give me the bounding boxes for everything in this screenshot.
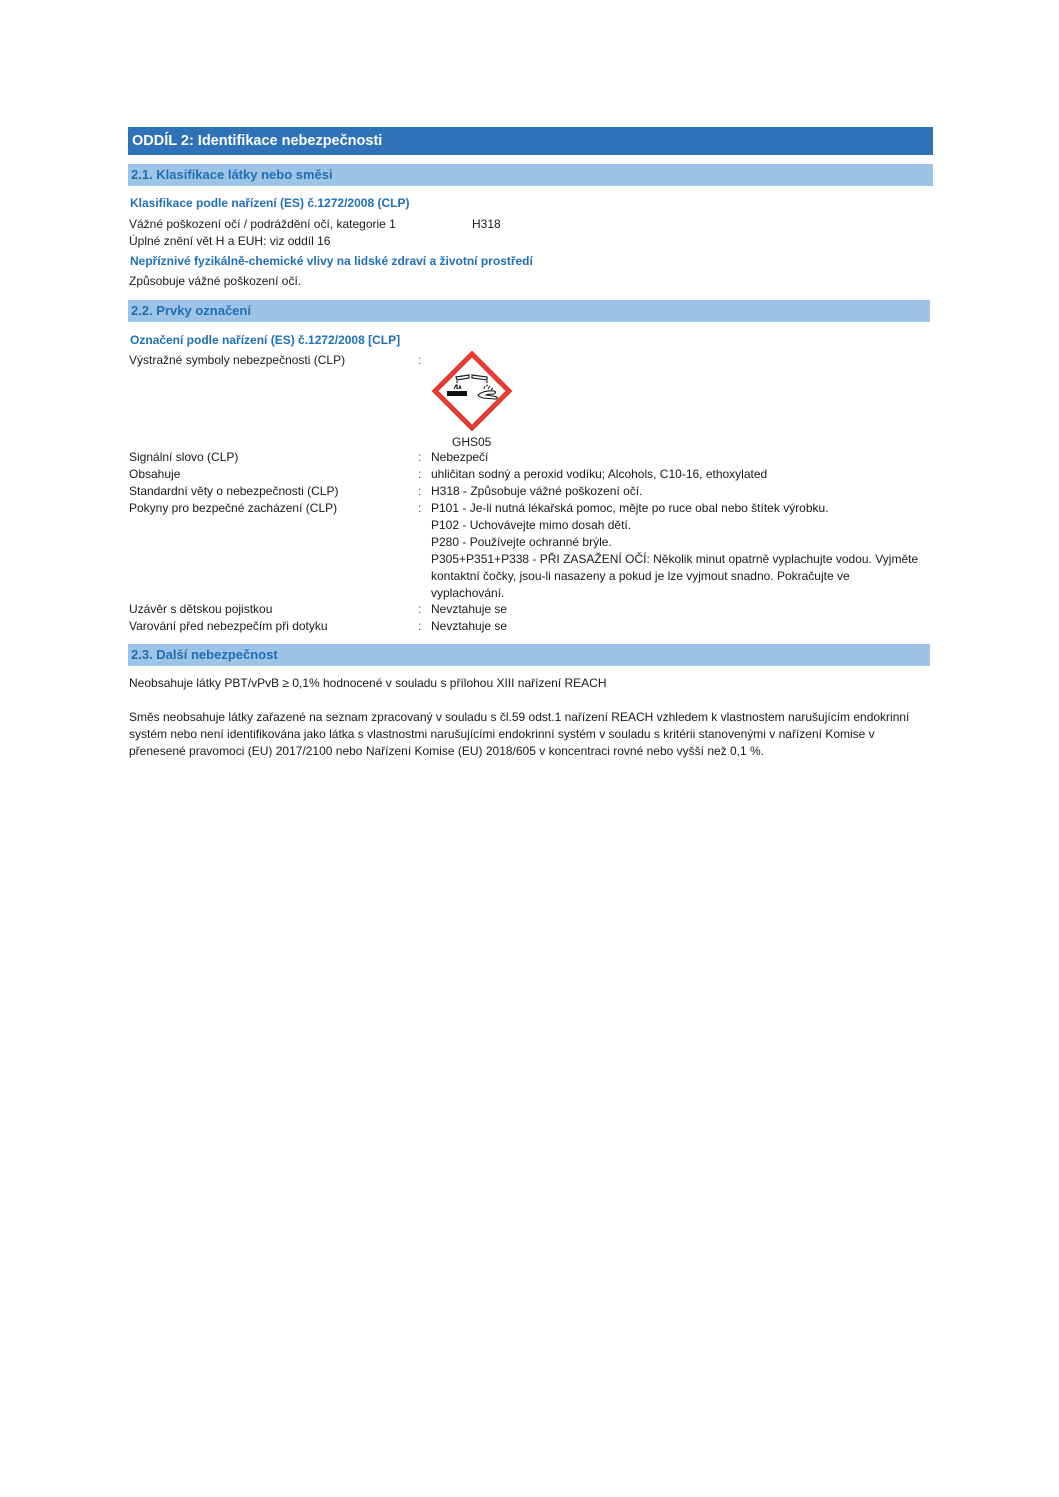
effects-text: Způsobuje vážné poškození očí. xyxy=(129,273,301,290)
precautionary-p280: P280 - Používejte ochranné brýle. xyxy=(431,534,612,551)
signal-word-label: Signální slovo (CLP) xyxy=(129,449,238,466)
precautionary-statements-label: Pokyny pro bezpečné zacházení (CLP) xyxy=(129,500,337,517)
endocrine-statement-line2: systém nebo není identifikována jako lát… xyxy=(129,726,875,743)
subsection-2-3-title: 2.3. Další nebezpečnost xyxy=(128,644,930,666)
classification-text: Vážné poškození očí / podráždění očí, ka… xyxy=(129,216,396,233)
subsection-2-2-title: 2.2. Prvky označení xyxy=(128,300,930,322)
colon-separator: : xyxy=(418,618,421,635)
colon-separator: : xyxy=(418,601,421,618)
corrosion-pictogram-icon xyxy=(432,351,512,431)
pictogram-label: Výstražné symboly nebezpečnosti (CLP) xyxy=(129,352,345,369)
colon-separator: : xyxy=(418,466,421,483)
child-resistant-label: Uzávěr s dětskou pojistkou xyxy=(129,601,272,618)
colon-separator: : xyxy=(418,483,421,500)
child-resistant-value: Nevztahuje se xyxy=(431,601,507,618)
hazard-code: H318 xyxy=(472,216,501,233)
precautionary-p102: P102 - Uchovávejte mimo dosah dětí. xyxy=(431,517,631,534)
hazard-statements-label: Standardní věty o nebezpečnosti (CLP) xyxy=(129,483,338,500)
tactile-warning-value: Nevztahuje se xyxy=(431,618,507,635)
colon-separator: : xyxy=(418,500,421,517)
full-text-note: Úplné znění vět H a EUH: viz oddíl 16 xyxy=(129,233,330,250)
precautionary-p305-line3: vyplachování. xyxy=(431,585,504,602)
endocrine-statement-line1: Směs neobsahuje látky zařazené na seznam… xyxy=(129,709,909,726)
signal-word-value: Nebezpečí xyxy=(431,449,488,466)
colon-separator: : xyxy=(418,352,421,369)
colon-separator: : xyxy=(418,449,421,466)
endocrine-statement-line3: přenesené pravomoci (EU) 2017/2100 nebo … xyxy=(129,743,764,760)
precautionary-p305-line2: kontaktní čočky, jsou-li nasazeny a poku… xyxy=(431,568,850,585)
label-elements-heading: Označení podle nařízení (ES) č.1272/2008… xyxy=(130,333,400,347)
pbt-statement: Neobsahuje látky PBT/vPvB ≥ 0,1% hodnoce… xyxy=(129,675,607,692)
precautionary-p101: P101 - Je-li nutná lékařská pomoc, mějte… xyxy=(431,500,829,517)
contains-value: uhličitan sodný a peroxid vodíku; Alcoho… xyxy=(431,466,767,483)
precautionary-p305-line1: P305+P351+P338 - PŘI ZASAŽENÍ OČÍ: Někol… xyxy=(431,551,918,568)
section-title: ODDÍL 2: Identifikace nebezpečnosti xyxy=(128,127,933,155)
subsection-2-1-title: 2.1. Klasifikace látky nebo směsi xyxy=(128,164,933,186)
hazard-statements-value: H318 - Způsobuje vážné poškození očí. xyxy=(431,483,642,500)
tactile-warning-label: Varování před nebezpečím při dotyku xyxy=(129,618,328,635)
contains-label: Obsahuje xyxy=(129,466,180,483)
clp-classification-heading: Klasifikace podle nařízení (ES) č.1272/2… xyxy=(130,196,409,210)
effects-heading: Nepříznivé fyzikálně-chemické vlivy na l… xyxy=(130,254,533,268)
